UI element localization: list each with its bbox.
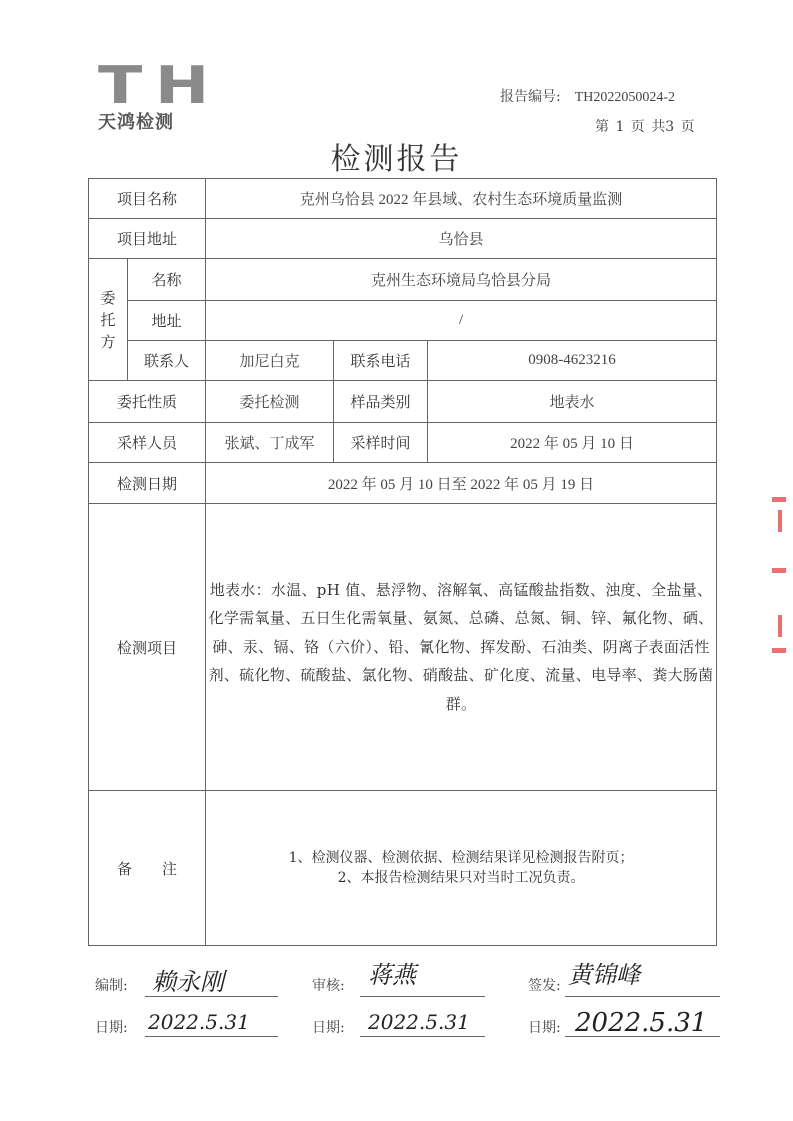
test-items-label: 检测项目 (89, 504, 206, 791)
row-notes: 备 注 1、检测仪器、检测依据、检测结果详见检测报告附页； 2、本报告检测结果只… (89, 791, 717, 946)
issued-signature-line (565, 996, 720, 997)
document-title: 检测报告 (0, 134, 793, 178)
project-name-label: 项目名称 (89, 179, 206, 219)
sampling-time-label: 采样时间 (334, 423, 428, 463)
note-item: 2、本报告检测结果只对当时工况负责。 (206, 868, 716, 888)
page-indicator: 第 1 页 共3 页 (595, 116, 695, 136)
report-number: 报告编号:TH2022050024-2 (500, 86, 675, 106)
compiled-label: 编制: (95, 975, 128, 995)
sampling-time-value: 2022 年 05 月 10 日 (428, 423, 717, 463)
reviewed-signature: 蒋燕 (368, 955, 416, 990)
issued-signature: 黄锦峰 (568, 955, 640, 990)
client-name-label: 名称 (128, 259, 206, 301)
seal-stamp-fragment (778, 615, 782, 637)
report-number-value: TH2022050024-2 (575, 90, 675, 105)
row-sampling: 采样人员 张斌、丁成军 采样时间 2022 年 05 月 10 日 (89, 423, 717, 463)
row-test-date: 检测日期 2022 年 05 月 10 日至 2022 年 05 月 19 日 (89, 463, 717, 504)
notes-label: 备 注 (89, 791, 206, 946)
row-client-name: 委托方 名称 克州生态环境局乌恰县分局 (89, 259, 717, 301)
date-line-2 (360, 1036, 485, 1037)
test-items-value: 地表水：水温、pH 值、悬浮物、溶解氧、高锰酸盐指数、浊度、全盐量、化学需氧量、… (206, 504, 717, 791)
seal-stamp-fragment (778, 510, 782, 532)
date-label-2: 日期: (312, 1017, 345, 1037)
date-value-1: 2022.5.31 (148, 1010, 250, 1034)
notes-value: 1、检测仪器、检测依据、检测结果详见检测报告附页； 2、本报告检测结果只对当时工… (206, 791, 717, 946)
row-project-name: 项目名称 克州乌恰县 2022 年县域、农村生态环境质量监测 (89, 179, 717, 219)
date-label-1: 日期: (95, 1017, 128, 1037)
client-group-label: 委托方 (89, 259, 128, 381)
client-name-value: 克州生态环境局乌恰县分局 (206, 259, 717, 301)
seal-stamp-fragment (772, 568, 786, 573)
sample-type-value: 地表水 (428, 381, 717, 423)
seal-stamp-fragment (772, 648, 786, 653)
project-address-value: 乌恰县 (206, 219, 717, 259)
contact-label: 联系人 (128, 341, 206, 381)
date-value-3: 2022.5.31 (575, 1008, 707, 1038)
row-project-address: 项目地址 乌恰县 (89, 219, 717, 259)
issued-label: 签发: (528, 975, 561, 995)
phone-value: 0908-4623216 (428, 341, 717, 381)
date-line-1 (145, 1036, 278, 1037)
report-info-table: 项目名称 克州乌恰县 2022 年县域、农村生态环境质量监测 项目地址 乌恰县 … (88, 178, 717, 946)
report-number-label: 报告编号: (500, 89, 561, 105)
test-date-value: 2022 年 05 月 10 日至 2022 年 05 月 19 日 (206, 463, 717, 504)
company-logo: TH 天鸿检测 (98, 66, 218, 134)
date-value-2: 2022.5.31 (368, 1010, 470, 1034)
reviewed-label: 审核: (312, 975, 345, 995)
phone-label: 联系电话 (334, 341, 428, 381)
sample-type-label: 样品类别 (334, 381, 428, 423)
compiled-signature: 赖永刚 (152, 962, 224, 997)
row-test-items: 检测项目 地表水：水温、pH 值、悬浮物、溶解氧、高锰酸盐指数、浊度、全盐量、化… (89, 504, 717, 791)
project-name-value: 克州乌恰县 2022 年县域、农村生态环境质量监测 (206, 179, 717, 219)
sampler-value: 张斌、丁成军 (206, 423, 334, 463)
client-address-value: / (206, 301, 717, 341)
commission-type-value: 委托检测 (206, 381, 334, 423)
reviewed-signature-line (360, 996, 485, 997)
seal-stamp-fragment (772, 497, 786, 502)
commission-type-label: 委托性质 (89, 381, 206, 423)
note-item: 1、检测仪器、检测依据、检测结果详见检测报告附页； (206, 848, 716, 868)
contact-value: 加尼白克 (206, 341, 334, 381)
row-client-address: 地址 / (89, 301, 717, 341)
logo-mark: TH (98, 66, 248, 106)
row-commission: 委托性质 委托检测 样品类别 地表水 (89, 381, 717, 423)
test-date-label: 检测日期 (89, 463, 206, 504)
date-label-3: 日期: (528, 1017, 561, 1037)
client-address-label: 地址 (128, 301, 206, 341)
sampler-label: 采样人员 (89, 423, 206, 463)
row-contact: 联系人 加尼白克 联系电话 0908-4623216 (89, 341, 717, 381)
project-address-label: 项目地址 (89, 219, 206, 259)
